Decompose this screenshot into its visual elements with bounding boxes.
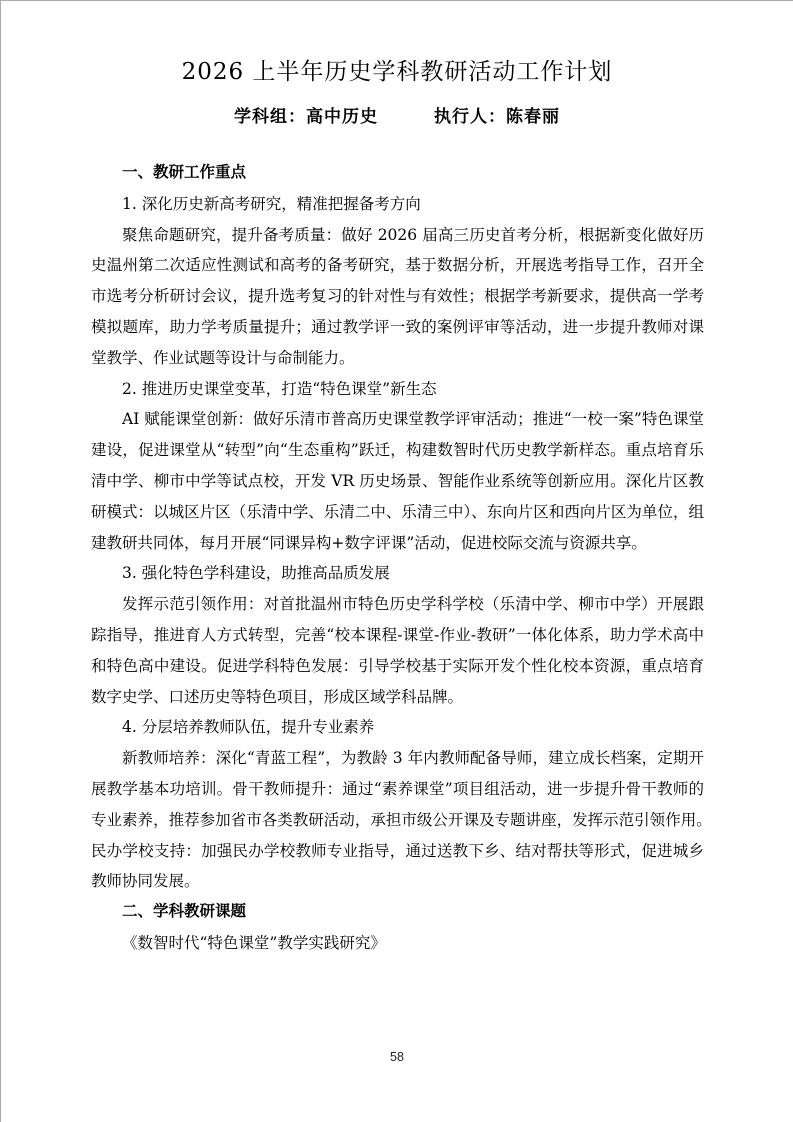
section-heading-research-priorities: 一、教研工作重点 [91, 158, 704, 189]
page-title: 2026 上半年历史学科教研活动工作计划 [1, 1, 793, 87]
document-page: 2026 上半年历史学科教研活动工作计划 学科组：高中历史执行人：陈春丽 一、教… [0, 0, 793, 1122]
subheading-1-gaokao-research: 1. 深化历史新高考研究，精准把握备考方向 [91, 189, 704, 220]
paragraph-gaokao-research: 聚焦命题研究，提升备考质量：做好 2026 届高三历史首考分析，根据新变化做好历… [91, 220, 704, 374]
section-heading-research-topic: 二、学科教研课题 [91, 897, 704, 928]
subheading-4-teacher-training: 4. 分层培养教师队伍，提升专业素养 [91, 712, 704, 743]
subheading-3-discipline-building: 3. 强化特色学科建设，助推高品质发展 [91, 558, 704, 589]
paragraph-discipline-building: 发挥示范引领作用：对首批温州市特色历史学科学校（乐清中学、柳市中学）开展跟踪指导… [91, 589, 704, 712]
executor-field: 执行人：陈春丽 [434, 107, 560, 127]
page-number: 58 [1, 1050, 793, 1064]
paragraph-classroom-reform: AI 赋能课堂创新：做好乐清市普高历史课堂教学评审活动；推进“一校一案”特色课堂… [91, 404, 704, 558]
document-body: 一、教研工作重点 1. 深化历史新高考研究，精准把握备考方向 聚焦命题研究，提升… [91, 158, 704, 959]
subject-group-field: 学科组：高中历史 [234, 107, 378, 127]
subheading-2-classroom-reform: 2. 推进历史课堂变革，打造“特色课堂”新生态 [91, 374, 704, 405]
document-meta-line: 学科组：高中历史执行人：陈春丽 [1, 106, 793, 128]
paragraph-research-topic-title: 《数智时代“特色课堂”教学实践研究》 [91, 928, 704, 959]
paragraph-teacher-training: 新教师培养：深化“青蓝工程”，为教龄 3 年内教师配备导师，建立成长档案，定期开… [91, 743, 704, 897]
